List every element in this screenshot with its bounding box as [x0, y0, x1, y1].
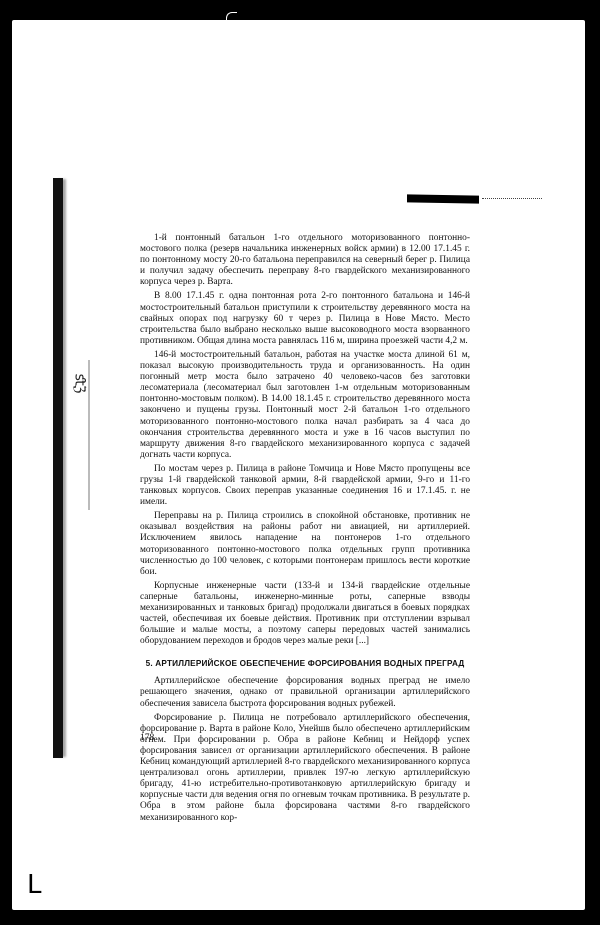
paragraph: 146-й мостостроительный батальон, работа… — [140, 350, 470, 461]
body-text: 1-й понтонный батальон 1-го отдельного м… — [140, 233, 470, 827]
gutter-line — [88, 360, 90, 510]
paragraph: Артиллерийское обеспечение форсирования … — [140, 676, 470, 709]
redaction-trail — [482, 198, 542, 199]
paragraph: Корпусные инженерные части (133-й и 134-… — [140, 581, 470, 648]
redaction-bar — [407, 194, 479, 203]
paragraph: По мостам через р. Пилица в районе Томчи… — [140, 464, 470, 508]
section-heading: 5. АРТИЛЛЕРИЙСКОЕ ОБЕСПЕЧЕНИЕ ФОРСИРОВАН… — [140, 659, 470, 669]
scan-artifact-mark — [226, 12, 237, 23]
paragraph: Форсирование р. Пилица не потребовало ар… — [140, 713, 470, 824]
paragraph: 1-й понтонный батальон 1-го отдельного м… — [140, 233, 470, 288]
paragraph: Переправы на р. Пилица строились в споко… — [140, 511, 470, 578]
corner-mark: L — [27, 872, 42, 898]
binding-gutter-shadow — [53, 178, 63, 758]
margin-handwriting: ﬆℨ — [71, 374, 87, 393]
paragraph: В 8.00 17.1.45 г. одна понтонная рота 2-… — [140, 291, 470, 346]
page-number: 178 — [140, 733, 154, 743]
